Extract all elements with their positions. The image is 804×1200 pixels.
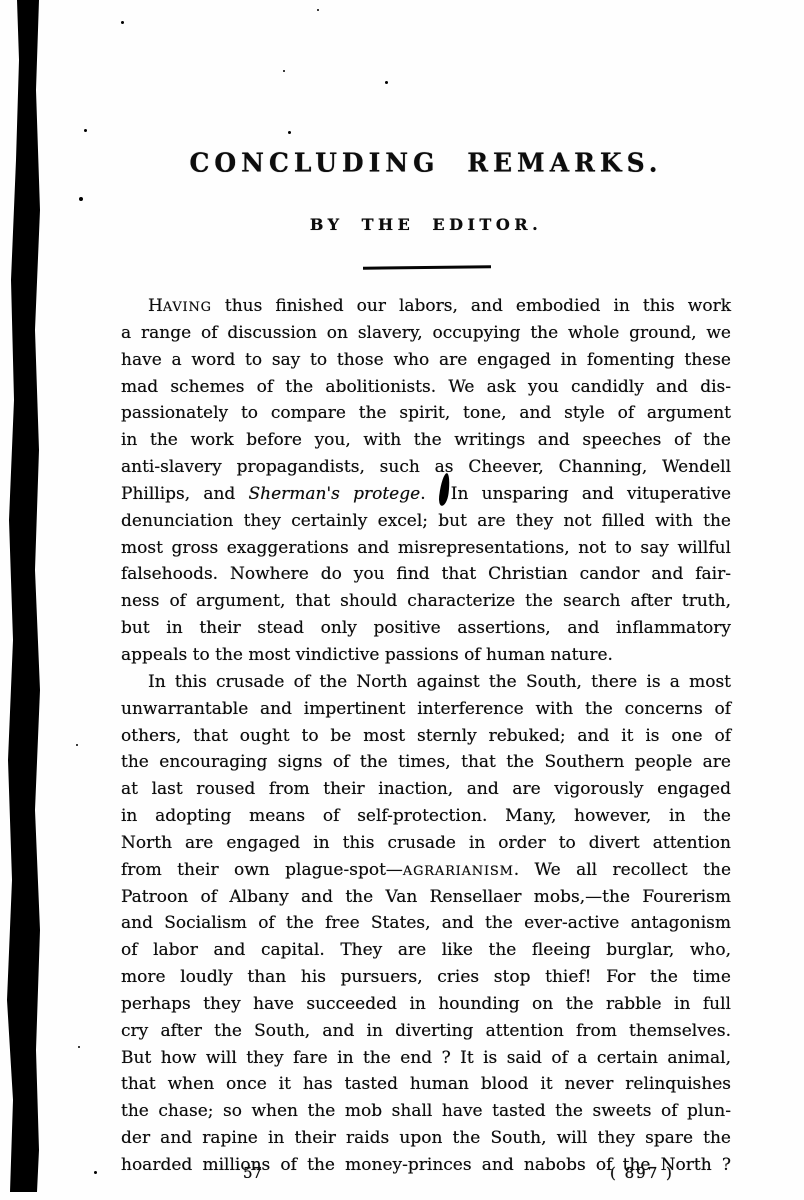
scan-speckle	[84, 129, 87, 132]
text-segment: passionately to compare the spirit, tone…	[121, 403, 731, 423]
body-line: and Socialism of the free States, and th…	[121, 910, 731, 937]
byline: BY THE EDITOR.	[121, 215, 731, 234]
body-line: unwarrantable and impertinent interferen…	[121, 696, 731, 723]
scan-speckle	[78, 1046, 80, 1048]
text-segment: and Socialism of the free States, and th…	[121, 913, 731, 933]
body-line: North are engaged in this crusade in ord…	[121, 830, 731, 857]
text-segment: appeals to the most vindictive passions …	[121, 645, 613, 665]
body-line: in adopting means of self-protection. Ma…	[121, 803, 731, 830]
body-line: But how will they fare in the end ? It i…	[121, 1045, 731, 1072]
body-line: from their own plague-spot—AGRARIANISM. …	[121, 857, 731, 884]
text-segment: more loudly than his pursuers, cries sto…	[121, 967, 731, 987]
body-line: appeals to the most vindictive passions …	[121, 642, 731, 669]
body-line: passionately to compare the spirit, tone…	[121, 400, 731, 427]
body-line: In this crusade of the North against the…	[121, 669, 731, 696]
body-line: falsehoods. Nowhere do you find that Chr…	[121, 561, 731, 588]
body-line: HAVING thus finished our labors, and emb…	[121, 293, 731, 320]
text-segment: der and rapine in their raids upon the S…	[121, 1128, 731, 1148]
text-segment: from their own plague-spot—	[121, 860, 403, 880]
text-segment: mad schemes of the abolitionists. We ask…	[121, 377, 731, 397]
text-segment: most gross exaggerations and misrepresen…	[121, 538, 731, 558]
text-segment: Phillips, and	[121, 484, 249, 504]
text-segment: thus finished our labors, and embodied i…	[212, 296, 731, 316]
body-line: of labor and capital. They are like the …	[121, 937, 731, 964]
text-segment: But how will they fare in the end ? It i…	[121, 1048, 731, 1068]
scan-speckle	[79, 197, 83, 201]
page-number: ( 897 )	[610, 1164, 674, 1182]
scan-speckle	[288, 131, 291, 134]
text-segment: Sherman's protege	[249, 484, 421, 504]
scan-speckle	[283, 70, 285, 72]
text-segment: AVING	[163, 300, 212, 315]
text-segment: but in their stead only positive asserti…	[121, 618, 731, 638]
text-segment: ness of argument, that should characteri…	[121, 591, 731, 611]
text-segment: . We all recollect the	[514, 860, 731, 880]
paragraph: HAVING thus finished our labors, and emb…	[121, 293, 731, 669]
text-segment: In this crusade of the North against the…	[148, 672, 731, 692]
chapter-title: CONCLUDING REMARKS.	[121, 147, 731, 178]
divider-rule	[363, 265, 491, 270]
text-segment: AGRARIANISM	[403, 864, 514, 879]
text-segment: have a word to say to those who are enga…	[121, 350, 731, 370]
text-segment: H	[148, 296, 163, 316]
text-segment: Patroon of Albany and the Van Rensellaer…	[121, 887, 731, 907]
scan-speckle	[94, 1171, 97, 1174]
text-segment: in the work before you, with the writing…	[121, 430, 731, 450]
body-line: denunciation they certainly excel; but a…	[121, 508, 731, 535]
scan-speckle	[121, 21, 124, 24]
body-line: a range of discussion on slavery, occupy…	[121, 320, 731, 347]
body-line: der and rapine in their raids upon the S…	[121, 1125, 731, 1152]
body-line: cry after the South, and in diverting at…	[121, 1018, 731, 1045]
text-segment: a range of discussion on slavery, occupy…	[121, 323, 731, 343]
body-line: have a word to say to those who are enga…	[121, 347, 731, 374]
body-text: HAVING thus finished our labors, and emb…	[121, 293, 731, 1179]
text-segment: cry after the South, and in diverting at…	[121, 1021, 731, 1041]
text-segment: .	[420, 484, 439, 504]
body-line: most gross exaggerations and misrepresen…	[121, 535, 731, 562]
body-line: in the work before you, with the writing…	[121, 427, 731, 454]
text-segment: unwarrantable and impertinent interferen…	[121, 699, 731, 719]
body-line: Phillips, and Sherman's protege. In unsp…	[121, 481, 731, 508]
text-segment: In unsparing and vituperative	[451, 484, 731, 504]
body-line: ness of argument, that should characteri…	[121, 588, 731, 615]
text-segment: in adopting means of self-protection. Ma…	[121, 806, 731, 826]
paragraph: In this crusade of the North against the…	[121, 669, 731, 1179]
body-line: anti-slavery propagandists, such as Chee…	[121, 454, 731, 481]
body-line: that when once it has tasted human blood…	[121, 1071, 731, 1098]
text-segment: denunciation they certainly excel; but a…	[121, 511, 731, 531]
body-line: others, that ought to be most sternly re…	[121, 723, 731, 750]
text-segment: at last roused from their inaction, and …	[121, 779, 731, 799]
text-segment: of labor and capital. They are like the …	[121, 940, 731, 960]
body-line: the chase; so when the mob shall have ta…	[121, 1098, 731, 1125]
text-segment: that when once it has tasted human blood…	[121, 1074, 731, 1094]
body-line: the encouraging signs of the times, that…	[121, 749, 731, 776]
scan-speckle	[317, 9, 319, 11]
text-segment: the encouraging signs of the times, that…	[121, 752, 731, 772]
body-line: Patroon of Albany and the Van Rensellaer…	[121, 884, 731, 911]
text-segment: the chase; so when the mob shall have ta…	[121, 1101, 731, 1121]
text-segment: perhaps they have succeeded in hounding …	[121, 994, 731, 1014]
scanned-book-page: CONCLUDING REMARKS. BY THE EDITOR. HAVIN…	[0, 0, 804, 1200]
body-line: at last roused from their inaction, and …	[121, 776, 731, 803]
text-segment: falsehoods. Nowhere do you find that Chr…	[121, 564, 731, 584]
body-line: mad schemes of the abolitionists. We ask…	[121, 374, 731, 401]
signature-number: 57	[243, 1164, 262, 1182]
body-line: but in their stead only positive asserti…	[121, 615, 731, 642]
body-line: more loudly than his pursuers, cries sto…	[121, 964, 731, 991]
text-segment: North are engaged in this crusade in ord…	[121, 833, 731, 853]
ink-blot-mark	[439, 489, 451, 499]
scan-gutter-shadow	[0, 0, 46, 1200]
scan-speckle	[385, 81, 388, 84]
scan-speckle	[76, 744, 78, 746]
body-line: perhaps they have succeeded in hounding …	[121, 991, 731, 1018]
text-segment: anti-slavery propagandists, such as Chee…	[121, 457, 731, 477]
text-segment: others, that ought to be most sternly re…	[121, 726, 731, 746]
